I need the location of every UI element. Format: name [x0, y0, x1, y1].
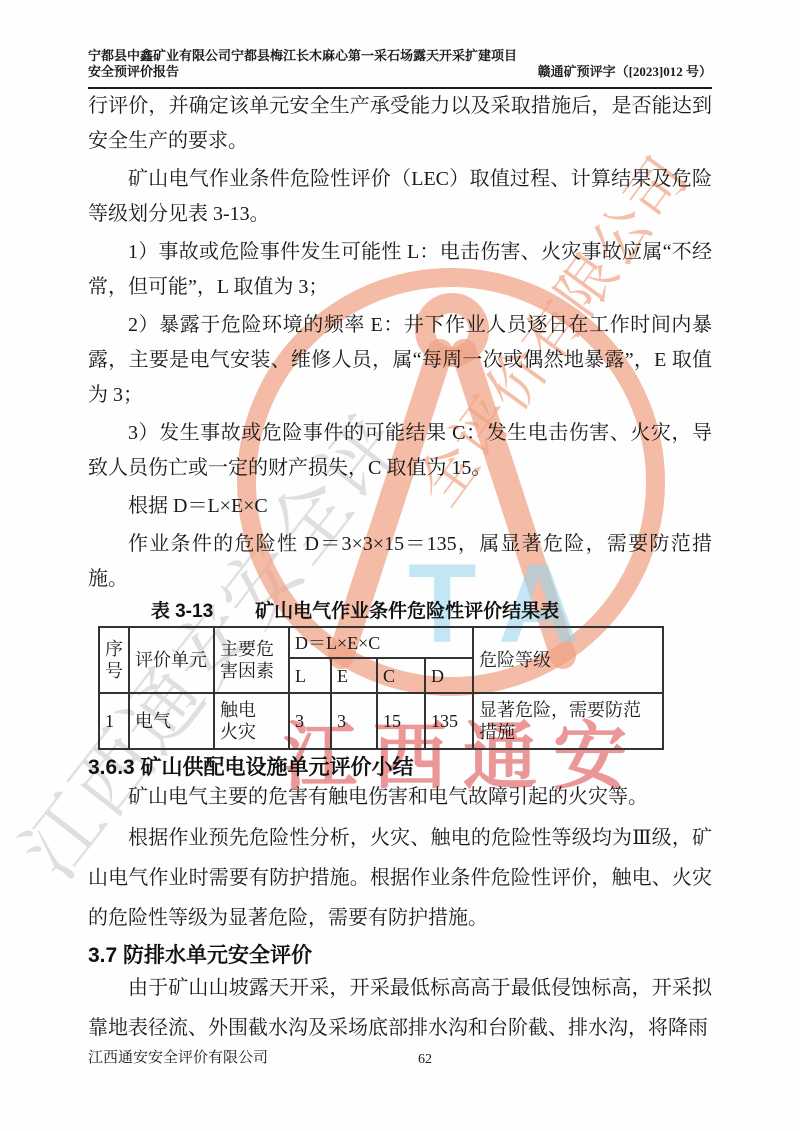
- hazard-line1: 触电: [220, 700, 256, 720]
- col-header-level: 危险等级: [473, 627, 663, 693]
- hazard-line2: 火灾: [220, 722, 256, 742]
- page-footer: 江西通安安全评价有限公司 62: [88, 1049, 712, 1068]
- cell-unit: 电气: [129, 693, 214, 749]
- col-header-hazard: 主要危害因素: [214, 627, 289, 693]
- paragraph: 由于矿山山坡露天开采，开采最低标高高于最低侵蚀标高，开采拟靠地表径流、外围截水沟…: [88, 968, 712, 1048]
- paragraph: 根据 D＝L×E×C: [88, 489, 712, 524]
- col-header-l: L: [289, 658, 331, 693]
- page-header: 宁都县中鑫矿业有限公司宁都县梅江长木麻心第一采石场露天开采扩建项目安全预评价报告…: [88, 48, 712, 89]
- table-row: 1 电气 触电火灾 3 3 15 135 显著危险，需要防范措施: [99, 693, 663, 749]
- paragraph: 1）事故或危险事件发生可能性 L：电击伤害、火灾事故应属“不经常，但可能”，L …: [88, 235, 712, 305]
- table-header-row: 序号 评价单元 主要危害因素 D＝L×E×C 危险等级: [99, 627, 663, 658]
- cell-hazard: 触电火灾: [214, 693, 289, 749]
- lec-result-table: 序号 评价单元 主要危害因素 D＝L×E×C 危险等级 L E C D 1 电气…: [98, 626, 664, 750]
- paragraph: 行评价，并确定该单元安全生产承受能力以及采取措施后，是否能达到安全生产的要求。: [88, 89, 712, 159]
- report-title: 宁都县中鑫矿业有限公司宁都县梅江长木麻心第一采石场露天开采扩建项目安全预评价报告: [88, 48, 528, 80]
- table-caption: 表 3-13矿山电气作业条件危险性评价结果表: [88, 600, 712, 624]
- cell-no: 1: [99, 693, 129, 749]
- col-header-no: 序号: [99, 627, 129, 693]
- table-caption-title: 矿山电气作业条件危险性评价结果表: [255, 601, 559, 622]
- section-heading-37: 3.7 防排水单元安全评价: [88, 943, 712, 968]
- paragraph: 作业条件的危险性 D＝3×3×15＝135，属显著危险，需要防范措施。: [88, 527, 712, 597]
- document-page: 江西通安安全评 全评价有限公司 TA 江西通安 宁都县中鑫矿业有限公司宁都县梅江…: [0, 0, 800, 1131]
- paragraph: 2）暴露于危险环境的频率 E：井下作业人员逐日在工作时间内暴露，主要是电气安装、…: [88, 308, 712, 413]
- page-content: 宁都县中鑫矿业有限公司宁都县梅江长木麻心第一采石场露天开采扩建项目安全预评价报告…: [0, 0, 800, 1131]
- col-header-formula: D＝L×E×C: [289, 627, 473, 658]
- document-code: 赣通矿预评字（[2023]012 号）: [538, 64, 712, 80]
- col-header-e: E: [331, 658, 377, 693]
- paragraph: 矿山电气主要的危害有触电伤害和电气故障引起的火灾等。: [88, 780, 712, 815]
- cell-e: 3: [331, 693, 377, 749]
- col-header-unit: 评价单元: [129, 627, 214, 693]
- section-heading-363: 3.6.3 矿山供配电设施单元评价小结: [88, 755, 712, 780]
- paragraph: 矿山电气作业条件危险性评价（LEC）取值过程、计算结果及危险等级划分见表 3-1…: [88, 162, 712, 232]
- table-caption-label: 表 3-13: [151, 601, 213, 622]
- paragraph: 根据作业预先危险性分析，火灾、触电的危险性等级均为Ⅲ级，矿山电气作业时需要有防护…: [88, 818, 712, 938]
- cell-l: 3: [289, 693, 331, 749]
- paragraph: 3）发生事故或危险事件的可能结果 C：发生电击伤害、火灾，导致人员伤亡或一定的财…: [88, 416, 712, 486]
- footer-company: 江西通安安全评价有限公司: [88, 1050, 268, 1066]
- col-header-d: D: [425, 658, 473, 693]
- page-number: 62: [418, 1050, 432, 1069]
- col-header-c: C: [377, 658, 425, 693]
- cell-c: 15: [377, 693, 425, 749]
- cell-level: 显著危险，需要防范措施: [473, 693, 663, 749]
- cell-d: 135: [425, 693, 473, 749]
